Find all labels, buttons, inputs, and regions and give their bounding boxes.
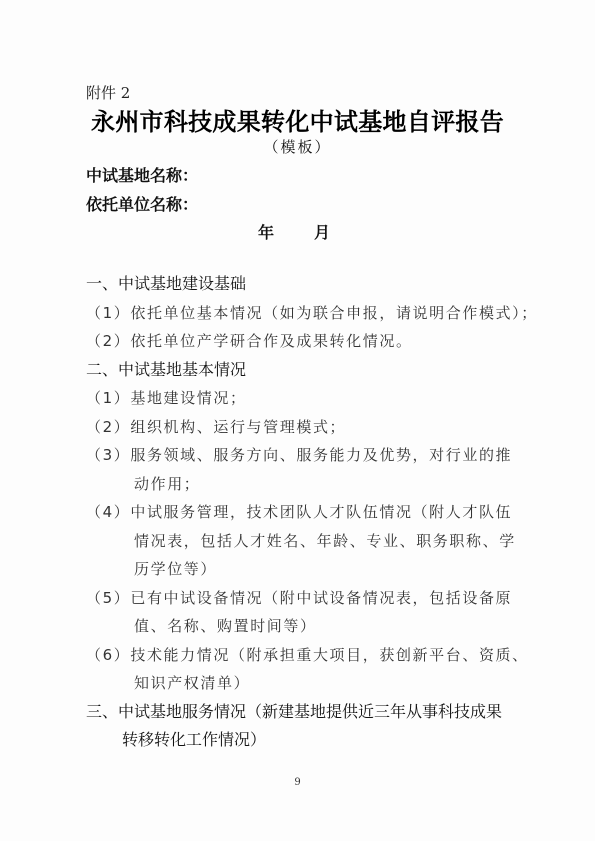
section-2-item-5: （5）已有中试设备情况（附中试设备情况表，包括设备原 [86,584,506,613]
section-1-item-1: （1）依托单位基本情况（如为联合申报，请说明合作模式）； [86,299,506,328]
section-heading-2: 二、中试基地基本情况 [86,356,506,385]
field-base-name: 中试基地名称： [86,163,198,186]
section-2-item-1: （1）基地建设情况； [86,384,506,413]
section-2-item-3: （3）服务领域、服务方向、服务能力及优势，对行业的推 [86,441,506,470]
date-year: 年 [258,220,274,243]
section-2-item-6: （6）技术能力情况（附承担重大项目，获创新平台、资质、 [86,641,506,670]
document-body: 一、中试基地建设基础 （1）依托单位基本情况（如为联合申报，请说明合作模式）； … [86,270,506,755]
section-2-item-2: （2）组织机构、运行与管理模式； [86,413,506,442]
attachment-label: 附件 2 [86,82,130,103]
section-2-item-4-cont-2: 历学位等） [86,555,506,584]
section-2-item-4: （4）中试服务管理，技术团队人才队伍情况（附人才队伍 [86,498,506,527]
section-2-item-5-cont: 值、名称、购置时间等） [86,612,506,641]
date-month: 月 [314,220,330,243]
section-2-item-4-cont-1: 情况表，包括人才姓名、年龄、专业、职务职称、学 [86,527,506,556]
document-subtitle: （模板） [0,136,595,157]
page-number: 9 [0,777,595,788]
section-heading-3-cont: 转移转化工作情况） [86,726,506,755]
section-heading-3: 三、中试基地服务情况（新建基地提供近三年从事科技成果 [86,698,506,727]
field-host-unit-name: 依托单位名称： [86,192,198,215]
section-heading-1: 一、中试基地建设基础 [86,270,506,299]
section-2-item-3-cont: 动作用； [86,470,506,499]
section-2-item-6-cont: 知识产权清单） [86,669,506,698]
section-1-item-2: （2）依托单位产学研合作及成果转化情况。 [86,327,506,356]
document-page: 附件 2 永州市科技成果转化中试基地自评报告 （模板） 中试基地名称： 依托单位… [0,0,595,841]
document-title: 永州市科技成果转化中试基地自评报告 [0,102,595,137]
